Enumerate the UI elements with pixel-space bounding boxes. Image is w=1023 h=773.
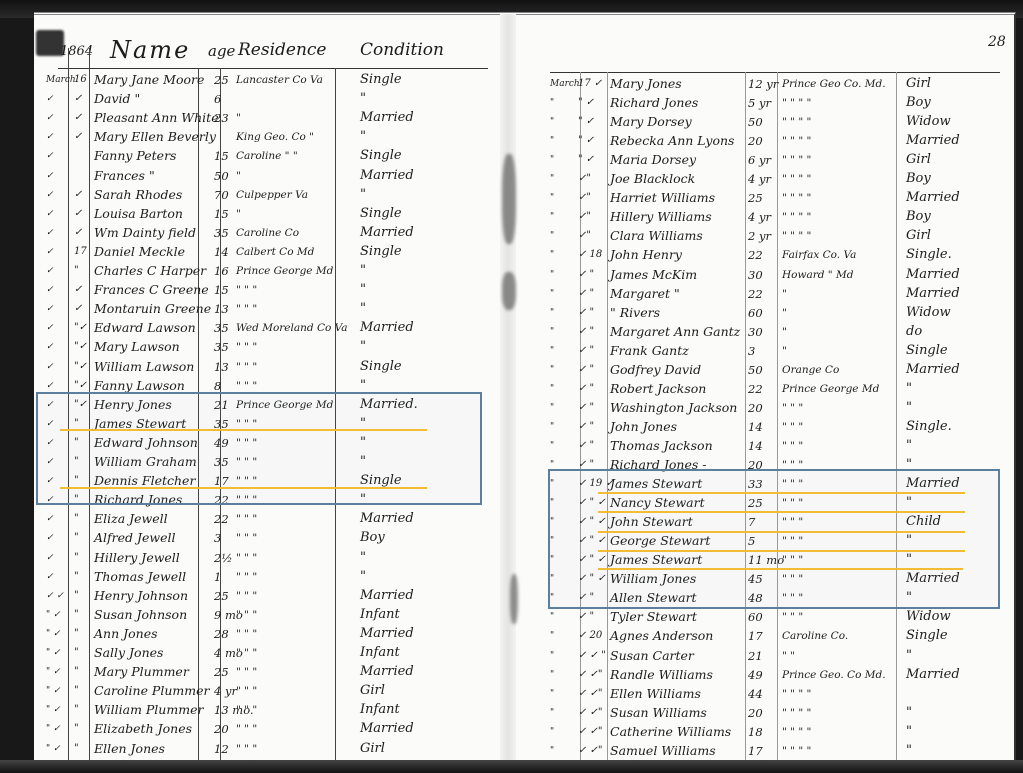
cell-name: John Jones: [610, 417, 750, 437]
cell-condition: ": [360, 280, 470, 300]
highlight-box-right: [548, 469, 1000, 609]
ledger-row: ✓"Thomas Jewell1" " "": [34, 567, 504, 587]
cell-month: March: [46, 70, 72, 90]
cell-month: ": [550, 379, 578, 399]
underline-left-james-stewart: [60, 429, 427, 431]
cell-condition: Girl: [360, 739, 470, 759]
cell-residence: ": [782, 322, 902, 342]
cell-age: 22: [748, 379, 780, 399]
cell-condition: ": [360, 548, 470, 568]
header-rule-right: [550, 72, 1000, 73]
ledger-row: "✓ "Margaret "22"Married: [506, 284, 1016, 304]
cell-condition: Married: [360, 509, 470, 529]
cell-condition: Married: [906, 284, 1006, 304]
cell-residence: " " ": [236, 605, 356, 625]
cell-month: ✓: [46, 242, 72, 262]
ledger-row: "✓ ✓ "Susan Carter21" "": [506, 646, 1016, 666]
cell-day: " ✓: [578, 93, 610, 113]
ledger-row: "✓ "Godfrey David50Orange CoMarried: [506, 360, 1016, 380]
cell-day: ": [74, 700, 96, 720]
ledger-row: ✓"✓Mary Lawson35" " "": [34, 337, 504, 357]
cell-month: ✓: [46, 185, 72, 205]
cell-condition: Infant: [360, 605, 470, 625]
cell-day: ": [74, 643, 96, 663]
cell-condition: Girl: [360, 681, 470, 701]
cell-residence: King Geo. Co ": [236, 127, 356, 147]
underline-right-james-stewart: [598, 492, 965, 494]
cell-condition: Single: [906, 626, 1006, 646]
cell-day: 17 ✓: [578, 74, 610, 94]
cell-day: ": [74, 567, 96, 587]
ledger-row: "✓ "Washington Jackson20" " "": [506, 398, 1016, 418]
cell-condition: Single: [360, 357, 470, 377]
cell-residence: " " " ": [782, 741, 902, 761]
cell-month: ": [550, 341, 578, 361]
cell-name: Richard Jones: [610, 93, 750, 113]
ledger-row: "" ✓Richard Jones5 yr" " " "Boy: [506, 93, 1016, 113]
cell-residence: " " ": [236, 719, 356, 739]
ledger-row: "✓ "" Rivers60"Widow: [506, 303, 1016, 323]
cell-day: ✓": [578, 169, 610, 189]
cell-residence: " " ": [236, 548, 356, 568]
cell-day: " ✓: [578, 112, 610, 132]
cell-residence: " " ": [236, 700, 356, 720]
cell-day: ": [74, 681, 96, 701]
cell-residence: " " " ": [782, 112, 902, 132]
cell-condition: ": [906, 646, 1006, 666]
ledger-row: "✓"Harriet Williams25" " " "Married: [506, 188, 1016, 208]
cell-condition: do: [906, 322, 1006, 342]
cell-month: " ✓: [46, 624, 72, 644]
cell-condition: ": [360, 299, 470, 319]
cell-day: ✓ ✓": [578, 722, 610, 742]
underline-right-john-stewart: [598, 531, 965, 533]
underline-left-dennis-fletcher: [60, 487, 427, 489]
underline-right-nancy-stewart: [598, 511, 965, 513]
cell-month: ": [550, 722, 578, 742]
cell-day: ✓": [578, 188, 610, 208]
cell-name: Godfrey David: [610, 360, 750, 380]
cell-month: " ✓: [46, 700, 72, 720]
cell-day: ✓ ✓": [578, 684, 610, 704]
cell-residence: " " ": [782, 436, 902, 456]
cell-condition: ": [360, 261, 470, 281]
cell-condition: ": [360, 567, 470, 587]
cell-name: Thomas Jackson: [610, 436, 750, 456]
cell-name: Washington Jackson: [610, 398, 750, 418]
cell-age: 25: [748, 188, 780, 208]
cell-residence: " " " ": [782, 226, 902, 246]
cell-month: " ✓: [46, 719, 72, 739]
cell-name: Tyler Stewart: [610, 607, 750, 627]
ledger-row: " ✓"Caroline Plummer4 yr" " "Girl: [34, 681, 504, 701]
cell-day: ✓ ✓": [578, 703, 610, 723]
cell-month: ": [550, 360, 578, 380]
cell-age: 17: [748, 626, 780, 646]
ledger-row: "✓"Hillery Williams4 yr" " " "Boy: [506, 207, 1016, 227]
cell-residence: Wed Moreland Co Va: [236, 318, 356, 338]
cell-name: Catherine Williams: [610, 722, 750, 742]
ledger-row: "" ✓Mary Dorsey50" " " "Widow: [506, 112, 1016, 132]
cell-condition: Boy: [906, 169, 1006, 189]
cell-name: James McKim: [610, 265, 750, 285]
cell-day: ✓ ": [578, 436, 610, 456]
ledger-row: ✓✓Wm Dainty field35Caroline CoMarried: [34, 223, 504, 243]
cell-month: ": [550, 398, 578, 418]
ledger-row: "✓"Clara Williams2 yr" " " "Girl: [506, 226, 1016, 246]
ledger-row: "✓ "Thomas Jackson14" " "": [506, 436, 1016, 456]
scan-bottom-edge: [0, 760, 1023, 773]
cell-condition: Infant: [360, 643, 470, 663]
scanned-ledger: 1864 Name age Residence Condition 28 Mar…: [0, 0, 1023, 773]
cell-month: ": [550, 741, 578, 761]
cell-name: Clara Williams: [610, 226, 750, 246]
cell-age: 14: [748, 436, 780, 456]
cell-residence: Prince Geo. Co Md.: [782, 665, 902, 685]
cell-month: ✓: [46, 548, 72, 568]
cell-residence: " " ": [236, 681, 356, 701]
cell-condition: Boy: [906, 93, 1006, 113]
cell-day: "✓: [74, 357, 96, 377]
cell-residence: Prince George Md: [782, 379, 902, 399]
cell-month: ": [550, 417, 578, 437]
cell-month: ": [550, 169, 578, 189]
cell-age: 50: [748, 360, 780, 380]
cell-age: 22: [748, 284, 780, 304]
cell-residence: " " " ": [782, 703, 902, 723]
cell-condition: Married: [360, 223, 470, 243]
ledger-row: "✓ ✓"Susan Williams20" " " "": [506, 703, 1016, 723]
cell-name: Margaret Ann Gantz: [610, 322, 750, 342]
cell-condition: Girl: [906, 150, 1006, 170]
ledger-row: March17 ✓Mary Jones12 yrPrince Geo Co. M…: [506, 74, 1016, 94]
cell-residence: " " ": [236, 586, 356, 606]
cell-condition: Married: [906, 188, 1006, 208]
ledger-row: "✓ ✓"Ellen Williams44" " " ": [506, 684, 1016, 704]
cell-condition: Married: [360, 719, 470, 739]
cell-month: ✓: [46, 299, 72, 319]
cell-age: 20: [748, 703, 780, 723]
cell-residence: " " " ": [782, 188, 902, 208]
cell-condition: Married: [360, 662, 470, 682]
cell-month: " ✓: [46, 662, 72, 682]
cell-month: ": [550, 665, 578, 685]
cell-day: ": [74, 548, 96, 568]
ledger-row: ✓✓Montaruin Greene13" " "": [34, 299, 504, 319]
ledger-row: March16Mary Jane Moore25Lancaster Co VaS…: [34, 70, 504, 90]
ledger-row: "✓ ✓"Catherine Williams18" " " "": [506, 722, 1016, 742]
cell-condition: Girl: [906, 226, 1006, 246]
cell-condition: Girl: [906, 74, 1006, 94]
cell-condition: Widow: [906, 112, 1006, 132]
cell-condition: Married: [360, 166, 470, 186]
cell-month: ✓: [46, 223, 72, 243]
cell-residence: " ": [782, 646, 902, 666]
cell-residence: " " ": [236, 280, 356, 300]
cell-month: ✓: [46, 528, 72, 548]
ledger-row: ✓"✓Edward Lawson35Wed Moreland Co VaMarr…: [34, 318, 504, 338]
cell-month: ✓: [46, 337, 72, 357]
cell-day: ✓: [74, 89, 96, 109]
cell-name: Robert Jackson: [610, 379, 750, 399]
cell-residence: Culpepper Va: [236, 185, 356, 205]
ledger-row: "✓ "John Jones14" " "Single.: [506, 417, 1016, 437]
cell-residence: " " ": [782, 398, 902, 418]
cell-day: ✓ 18: [578, 245, 610, 265]
ledger-row: "✓ ✓"Samuel Williams17" " " "": [506, 741, 1016, 761]
cell-name: Frank Gantz: [610, 341, 750, 361]
cell-condition: Married: [906, 131, 1006, 151]
ledger-row: ✓✓Frances C Greene15" " "": [34, 280, 504, 300]
cell-age: 3: [748, 341, 780, 361]
cell-age: 50: [748, 112, 780, 132]
cell-condition: Married: [906, 265, 1006, 285]
cell-name: Mary Dorsey: [610, 112, 750, 132]
cell-month: " ✓: [46, 681, 72, 701]
ledger-row: ✓"✓William Lawson13" " "Single: [34, 357, 504, 377]
cell-day: ✓ ": [578, 265, 610, 285]
cell-day: " ✓: [578, 131, 610, 151]
cell-condition: ": [360, 89, 470, 109]
header-name: Name: [110, 36, 190, 64]
cell-name: Harriet Williams: [610, 188, 750, 208]
cell-day: ✓ ": [578, 284, 610, 304]
cell-residence: Prince Geo Co. Md.: [782, 74, 902, 94]
cell-name: Ellen Williams: [610, 684, 750, 704]
ledger-row: "" ✓Rebecka Ann Lyons20" " " "Married: [506, 131, 1016, 151]
header-condition: Condition: [360, 40, 444, 60]
cell-age: 60: [748, 303, 780, 323]
cell-condition: Single: [360, 204, 470, 224]
cell-day: ✓: [74, 299, 96, 319]
cell-day: ": [74, 261, 96, 281]
cell-day: ✓ ✓": [578, 741, 610, 761]
cell-age: 30: [748, 322, 780, 342]
cell-condition: Married: [360, 108, 470, 128]
cell-day: ✓: [74, 127, 96, 147]
cell-month: ✓: [46, 509, 72, 529]
cell-residence: " " ": [236, 357, 356, 377]
cell-condition: Boy: [906, 207, 1006, 227]
cell-day: ✓ ": [578, 360, 610, 380]
cell-age: 22: [748, 245, 780, 265]
ledger-row: " ✓"Ellen Jones12" " "Girl: [34, 739, 504, 759]
ledger-row: ✓✓Mary Ellen BeverlyKing Geo. Co "": [34, 127, 504, 147]
cell-condition: Single: [360, 70, 470, 90]
cell-day: ": [74, 739, 96, 759]
cell-age: 49: [748, 665, 780, 685]
cell-residence: ": [782, 341, 902, 361]
cell-day: ✓ ": [578, 379, 610, 399]
cell-condition: Widow: [906, 607, 1006, 627]
cell-residence: " " " ": [782, 684, 902, 704]
cell-condition: Married: [906, 360, 1006, 380]
cell-residence: " " ": [236, 643, 356, 663]
cell-condition: Widow: [906, 303, 1006, 323]
cell-age: 20: [748, 398, 780, 418]
cell-age: 21: [748, 646, 780, 666]
cell-residence: ": [236, 166, 356, 186]
cell-condition: ": [906, 703, 1006, 723]
cell-month: ✓: [46, 318, 72, 338]
ledger-row: " ✓"William Plummer13 mo." " "Infant: [34, 700, 504, 720]
cell-residence: ": [782, 284, 902, 304]
cell-month: ✓: [46, 108, 72, 128]
cell-condition: Single.: [906, 245, 1006, 265]
cell-residence: Caroline " ": [236, 146, 356, 166]
cell-month: ✓: [46, 166, 72, 186]
cell-name: Samuel Williams: [610, 741, 750, 761]
cell-residence: " " ": [782, 417, 902, 437]
cell-day: 16: [74, 70, 96, 90]
cell-residence: Fairfax Co. Va: [782, 245, 902, 265]
cell-condition: ": [360, 337, 470, 357]
cell-day: ✓: [74, 185, 96, 205]
cell-month: ": [550, 226, 578, 246]
header-age: age: [208, 42, 235, 60]
cell-condition: ": [906, 436, 1006, 456]
cell-month: ": [550, 188, 578, 208]
cell-day: ✓ ": [578, 303, 610, 323]
cell-condition: Single.: [906, 417, 1006, 437]
cell-residence: " " " ": [782, 722, 902, 742]
ledger-row: "✓"Joe Blacklock4 yr" " " "Boy: [506, 169, 1016, 189]
ledger-row: "✓ "Frank Gantz3"Single: [506, 341, 1016, 361]
ledger-row: " ✓"Ann Jones28" " "Married: [34, 624, 504, 644]
cell-name: Joe Blacklock: [610, 169, 750, 189]
cell-day: ✓: [74, 108, 96, 128]
underline-right-james-stewart-infant: [598, 568, 963, 570]
ledger-row: "✓ ✓"Randle Williams49Prince Geo. Co Md.…: [506, 665, 1016, 685]
cell-month: ✓: [46, 357, 72, 377]
cell-month: March: [550, 74, 578, 94]
cell-day: ✓: [74, 280, 96, 300]
cell-month: ": [550, 284, 578, 304]
cell-day: ": [74, 624, 96, 644]
cell-condition: ": [360, 127, 470, 147]
cell-residence: " " ": [236, 337, 356, 357]
ledger-row: ✓"Charles C Harper16Prince George Md": [34, 261, 504, 281]
cell-month: ✓: [46, 127, 72, 147]
cell-name: Susan Williams: [610, 703, 750, 723]
cell-month: ": [550, 112, 578, 132]
cell-residence: ": [782, 303, 902, 323]
cell-day: ": [74, 509, 96, 529]
cell-month: ": [550, 607, 578, 627]
cell-name: Margaret ": [610, 284, 750, 304]
cell-condition: Married: [906, 665, 1006, 685]
ledger-row: "✓ 18John Henry22Fairfax Co. VaSingle.: [506, 245, 1016, 265]
cell-day: ": [74, 719, 96, 739]
ledger-row: " ✓"Susan Johnson9 mo" " "Infant: [34, 605, 504, 625]
ledger-row: ✓"Alfred Jewell3" " "Boy: [34, 528, 504, 548]
cell-month: ✓: [46, 89, 72, 109]
cell-condition: ": [906, 379, 1006, 399]
cell-day: ": [74, 586, 96, 606]
ledger-row: "✓ "Robert Jackson22Prince George Md": [506, 379, 1016, 399]
cell-condition: Single: [360, 242, 470, 262]
cell-month: ✓: [46, 261, 72, 281]
header-residence: Residence: [238, 40, 327, 60]
cell-month: ": [550, 322, 578, 342]
cell-name: John Henry: [610, 245, 750, 265]
ledger-row: ✓✓Louisa Barton15"Single: [34, 204, 504, 224]
cell-month: ": [550, 245, 578, 265]
ledger-row: ✓Fanny Peters15Caroline " "Single: [34, 146, 504, 166]
cell-name: Susan Carter: [610, 646, 750, 666]
ledger-row: ✓✓Sarah Rhodes70Culpepper Va": [34, 185, 504, 205]
cell-condition: Married: [360, 624, 470, 644]
cell-residence: " " ": [236, 624, 356, 644]
cell-month: ": [550, 150, 578, 170]
ledger-row: "✓ "James McKim30Howard " MdMarried: [506, 265, 1016, 285]
cell-day: ✓": [578, 226, 610, 246]
cell-month: ": [550, 626, 578, 646]
cell-day: "✓: [74, 337, 96, 357]
cell-residence: " " " ": [782, 131, 902, 151]
cell-residence: " " " ": [782, 150, 902, 170]
cell-month: ": [550, 303, 578, 323]
cell-day: ✓: [74, 223, 96, 243]
cell-month: ✓: [46, 567, 72, 587]
cell-day: 17: [74, 242, 96, 262]
ledger-row: " ✓"Elizabeth Jones20" " "Married: [34, 719, 504, 739]
cell-name: Mary Ellen Beverly: [94, 127, 242, 147]
cell-day: ✓ ": [578, 417, 610, 437]
cell-day: ✓ ": [578, 341, 610, 361]
ledger-row: "✓ 20Agnes Anderson17Caroline Co.Single: [506, 626, 1016, 646]
cell-residence: " " ": [236, 299, 356, 319]
cell-condition: ": [360, 185, 470, 205]
cell-name: Maria Dorsey: [610, 150, 750, 170]
cell-residence: Caroline Co.: [782, 626, 902, 646]
cell-residence: " " " ": [782, 169, 902, 189]
cell-month: ": [550, 131, 578, 151]
cell-day: ": [74, 662, 96, 682]
ledger-row: ✓ ✓"Henry Johnson25" " "Married: [34, 586, 504, 606]
cell-age: 17: [748, 741, 780, 761]
cell-condition: Infant: [360, 700, 470, 720]
cell-residence: " " ": [236, 662, 356, 682]
cell-residence: Prince George Md: [236, 261, 356, 281]
cell-residence: " " " ": [782, 207, 902, 227]
cell-month: ": [550, 265, 578, 285]
ledger-row: ✓✓Pleasant Ann White23"Married: [34, 108, 504, 128]
cell-age: 18: [748, 722, 780, 742]
ledger-row: " ✓"Sally Jones4 mo" " "Infant: [34, 643, 504, 663]
cell-age: 44: [748, 684, 780, 704]
cell-residence: Caroline Co: [236, 223, 356, 243]
cell-day: ✓": [578, 207, 610, 227]
cell-month: " ✓: [46, 643, 72, 663]
cell-age: 12 yr: [748, 74, 780, 94]
cell-name: Rebecka Ann Lyons: [610, 131, 750, 151]
ledger-row: "" ✓Maria Dorsey6 yr" " " "Girl: [506, 150, 1016, 170]
cell-month: ✓: [46, 146, 72, 166]
right-ledger-rows: March17 ✓Mary Jones12 yrPrince Geo Co. M…: [506, 74, 1016, 760]
cell-age: 4 yr: [748, 169, 780, 189]
cell-age: 2 yr: [748, 226, 780, 246]
cell-day: ✓ ": [578, 322, 610, 342]
ledger-row: ✓"Eliza Jewell22" " "Married: [34, 509, 504, 529]
cell-month: ": [550, 436, 578, 456]
cell-month: ✓: [46, 280, 72, 300]
ledger-row: ✓17Daniel Meckle14Calbert Co MdSingle: [34, 242, 504, 262]
cell-month: ": [550, 684, 578, 704]
cell-day: " ✓: [578, 150, 610, 170]
cell-month: ": [550, 703, 578, 723]
cell-month: " ✓: [46, 605, 72, 625]
